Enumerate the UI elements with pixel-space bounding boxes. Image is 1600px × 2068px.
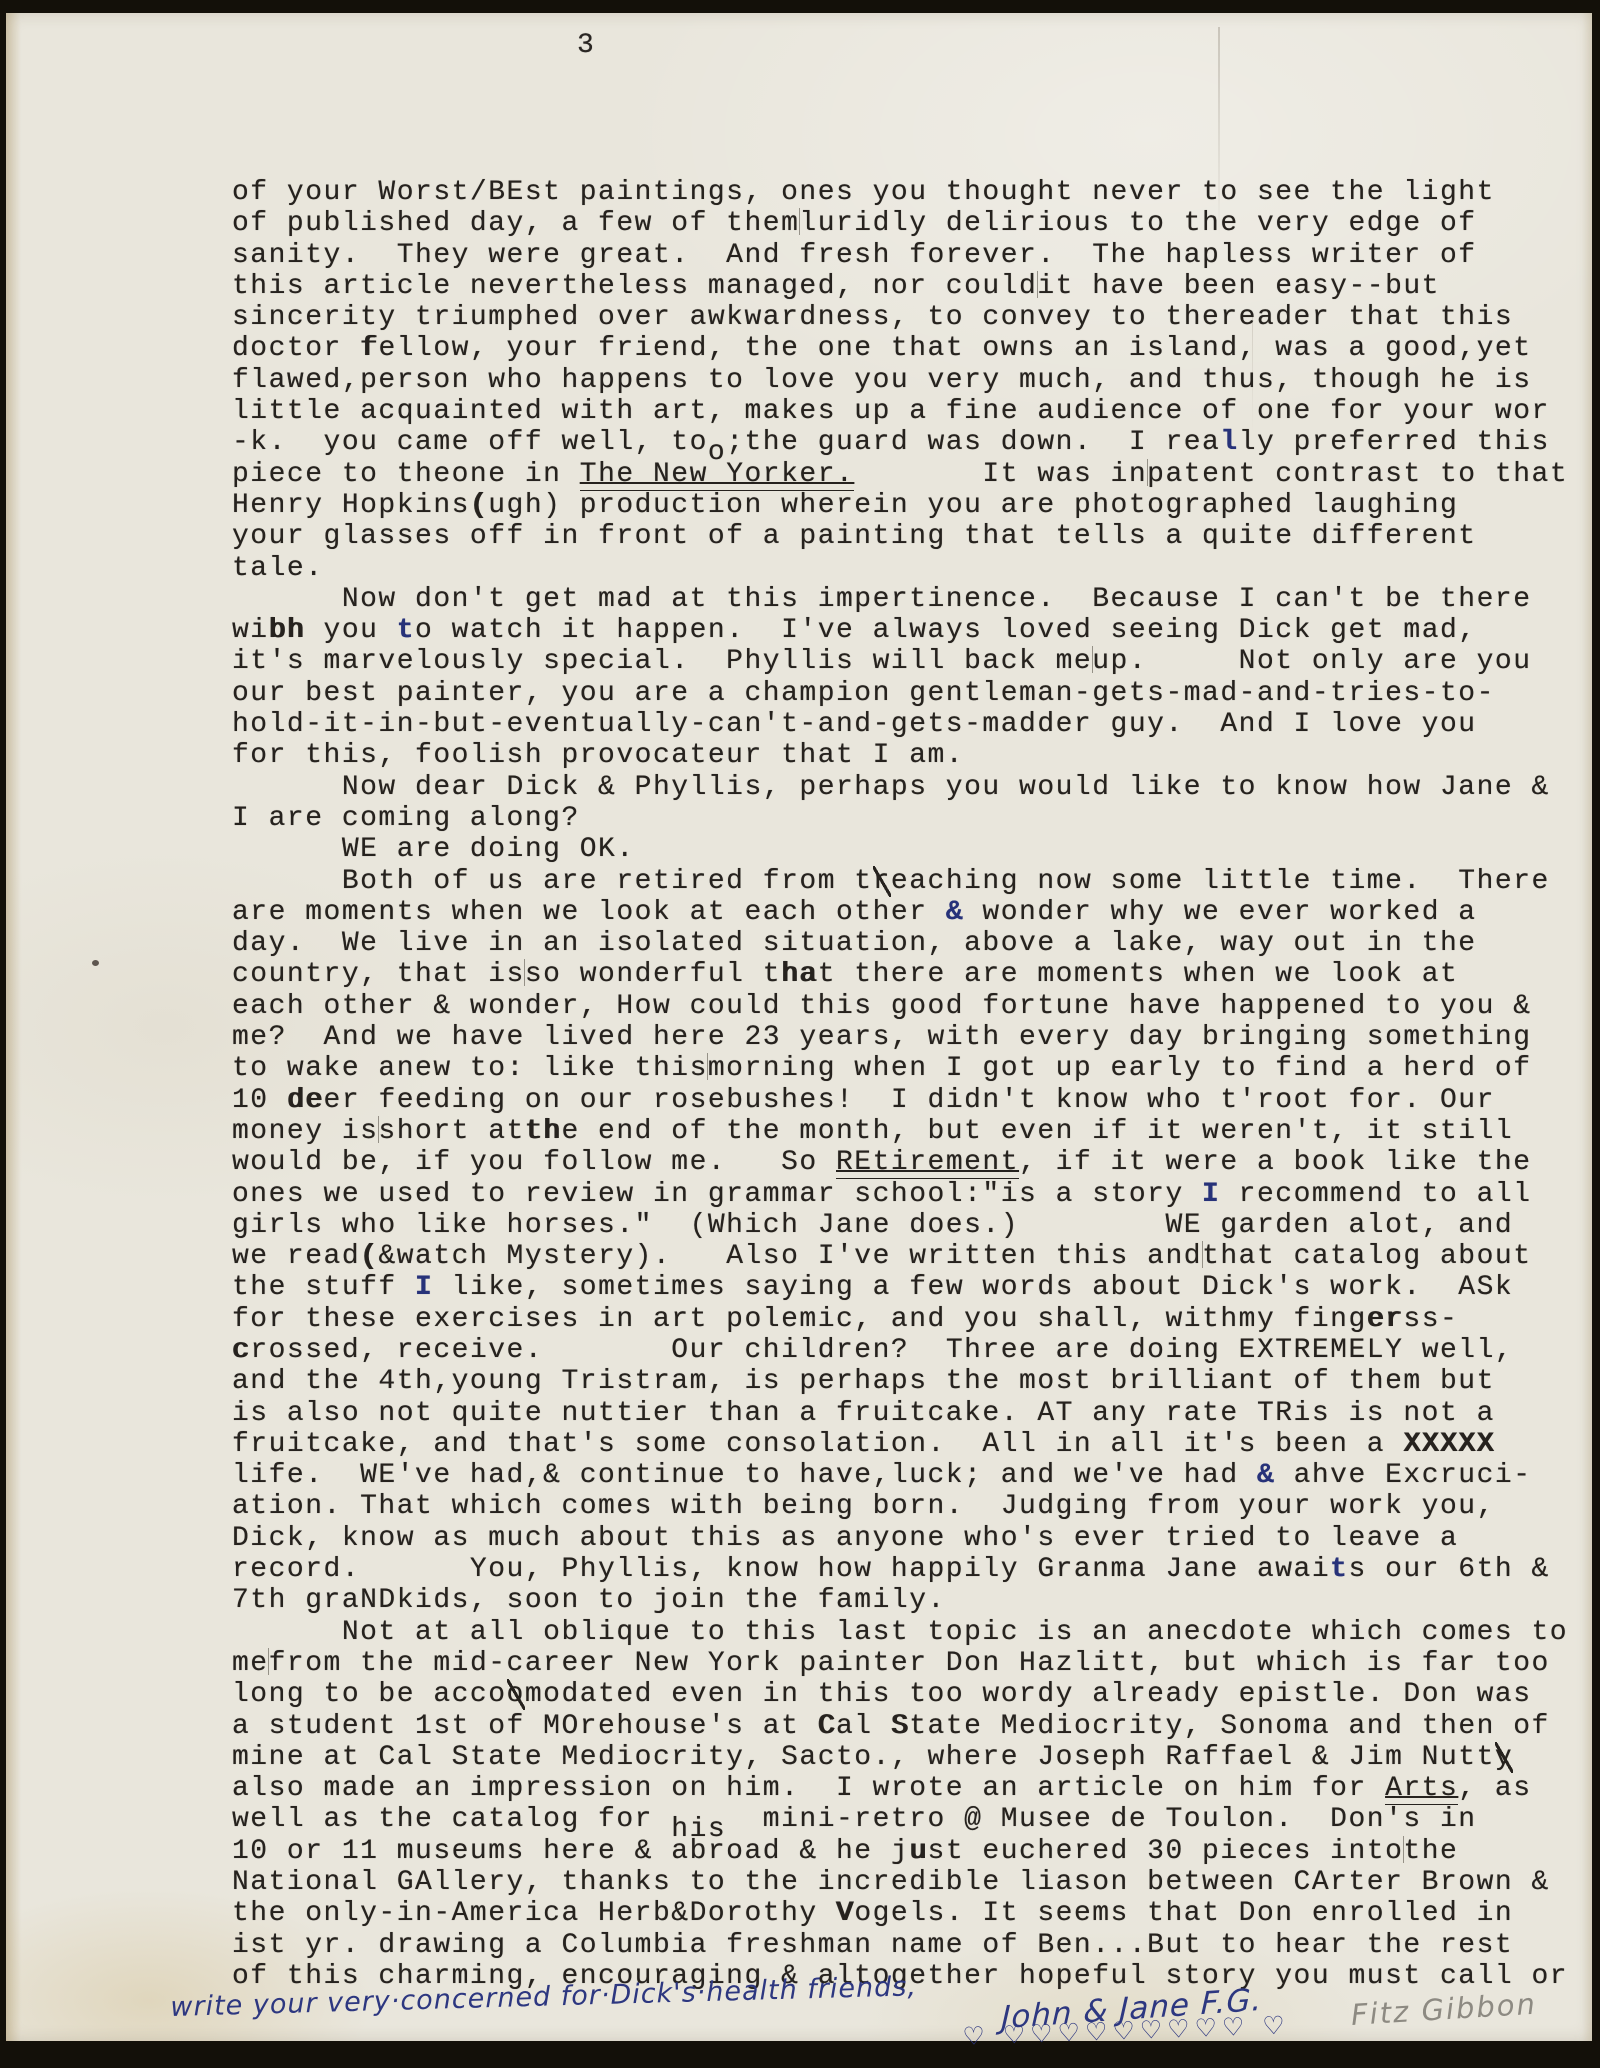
typed-line: it's marvelously special. Phyllis will b… [232,646,1597,677]
typed-line: long to be accoomodated even in this too… [232,1679,1597,1710]
typed-lines: of your Worst/BEst paintings, ones you t… [232,177,1597,1992]
typed-line: hold-it-in-but-eventually-can't-and-gets… [232,709,1597,740]
typed-line: Now dear Dick & Phyllis, perhaps you wou… [232,772,1597,803]
typed-line: for these exercises in art polemic, and … [232,1304,1597,1335]
typed-line: the stuff I like, sometimes saying a few… [232,1272,1597,1303]
typed-line: Both of us are retired from treaching no… [232,866,1597,897]
typed-line: we read(&watch Mystery). Also I've writt… [232,1241,1597,1272]
typed-line: is also not quite nuttier than a fruitca… [232,1398,1597,1429]
typed-line: 10 or 11 museums here & abroad & he just… [232,1836,1597,1867]
typed-line: 10 deer feeding on our rosebushes! I did… [232,1085,1597,1116]
typed-line: mine at Cal State Mediocrity, Sacto., wh… [232,1742,1597,1773]
typed-line: of your Worst/BEst paintings, ones you t… [232,177,1597,208]
typed-line: wibh you to watch it happen. I've always… [232,615,1597,646]
typed-line: record. You, Phyllis, know how happily G… [232,1554,1597,1585]
typed-line: ist yr. drawing a Columbia freshman name… [232,1930,1597,1961]
typed-line: Now don't get mad at this impertinence. … [232,584,1597,615]
typed-line: day. We live in an isolated situation, a… [232,928,1597,959]
typed-line: for this, foolish provocateur that I am. [232,740,1597,771]
scan-background: { "colors": { "paper": "#e9e6dc", "surro… [0,0,1600,2068]
typed-line: the only-in-America Herb&Dorothy Vogels.… [232,1898,1597,1929]
typed-line: doctor fellow, your friend, the one that… [232,333,1597,364]
typed-line: would be, if you follow me. So REtiremen… [232,1147,1597,1178]
typed-line: 7th graNDkids, soon to join the family. [232,1585,1597,1616]
typed-line: each other & wonder, How could this good… [232,991,1597,1022]
typed-line: to wake anew to: like thismorning when I… [232,1053,1597,1084]
typed-line: fruitcake, and that's some consolation. … [232,1429,1597,1460]
typed-line: National GAllery, thanks to the incredib… [232,1867,1597,1898]
typed-line: girls who like horses." (Which Jane does… [232,1210,1597,1241]
page-number: 3 [577,30,595,61]
typed-line: country, that isso wonderful that there … [232,959,1597,990]
typed-line: WE are doing OK. [232,834,1597,865]
typed-line: flawed,person who happens to love you ve… [232,365,1597,396]
typed-line: sincerity triumphed over awkwardness, to… [232,302,1597,333]
typed-line: your glasses off in front of a painting … [232,521,1597,552]
typed-line: Not at all oblique to this last topic is… [232,1617,1597,1648]
typed-line: -k. you came off well, too;the guard was… [232,427,1597,458]
typed-line: little acquainted with art, makes up a f… [232,396,1597,427]
typed-line: Henry Hopkins(ugh) production wherein yo… [232,490,1597,521]
typed-line: our best painter, you are a champion gen… [232,678,1597,709]
typed-line: me? And we have lived here 23 years, wit… [232,1022,1597,1053]
typed-line: mefrom the mid-career New York painter D… [232,1648,1597,1679]
typed-line: sanity. They were great. And fresh forev… [232,240,1597,271]
typed-line: a student 1st of MOrehouse's at Cal Stat… [232,1711,1597,1742]
typed-line: crossed, receive. Our children? Three ar… [232,1335,1597,1366]
typed-line: of published day, a few of themluridly d… [232,208,1597,239]
typed-line: are moments when we look at each other &… [232,897,1597,928]
typed-line: ones we used to review in grammar school… [232,1179,1597,1210]
typed-line: money isshort atthe end of the month, bu… [232,1116,1597,1147]
typed-line: and the 4th,young Tristram, is perhaps t… [232,1366,1597,1397]
typed-line: I are coming along? [232,803,1597,834]
typed-line: piece to theone in The New Yorker. It wa… [232,459,1597,490]
typed-line: also made an impression on him. I wrote … [232,1773,1597,1804]
typed-line: life. WE've had,& continue to have,luck;… [232,1460,1597,1491]
typed-line: ation. That which comes with being born.… [232,1491,1597,1522]
typed-line: Dick, know as much about this as anyone … [232,1523,1597,1554]
typed-line: well as the catalog for his mini-retro @… [232,1804,1597,1835]
typed-line: this article nevertheless managed, nor c… [232,271,1597,302]
ink-speck [92,960,99,966]
typed-line: tale. [232,553,1597,584]
